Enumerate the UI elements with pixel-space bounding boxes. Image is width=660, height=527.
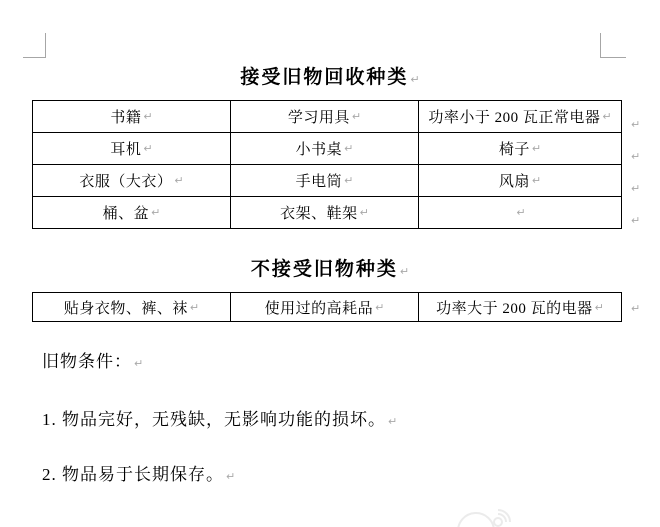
reject-title-text: 不接受旧物种类 (251, 259, 398, 280)
cell-end-mark: ↵ (344, 174, 353, 187)
cell-text: 使用过的高耗品 (265, 297, 374, 318)
table-row: 桶、盆↵ 衣架、鞋架↵ ↵ (33, 196, 621, 228)
condition-item-text: 2. 物品易于长期保存。 (42, 465, 224, 484)
row-end-mark: ↵ (631, 214, 651, 227)
paragraph-mark: ↵ (388, 415, 397, 428)
cell-text: 风扇 (499, 170, 530, 191)
cell-text: 贴身衣物、裤、袜 (64, 297, 188, 318)
table-cell: 书籍↵ (33, 101, 231, 132)
cell-end-mark: ↵ (602, 110, 611, 123)
table-cell: 衣服（大衣）↵ (33, 165, 231, 196)
reject-items-table: 贴身衣物、裤、袜↵ 使用过的高耗品↵ 功率大于 200 瓦的电器↵ ↵ (32, 292, 622, 322)
cell-end-mark: ↵ (532, 174, 541, 187)
table-row: 衣服（大衣）↵ 手电筒↵ 风扇↵ (33, 164, 621, 196)
condition-item-1: 1. 物品完好，无残缺，无影响功能的损坏。↵ (42, 409, 397, 433)
cell-end-mark: ↵ (143, 142, 152, 155)
accept-title-text: 接受旧物回收种类 (240, 67, 408, 88)
table-cell: 功率小于 200 瓦正常电器↵ (419, 101, 621, 132)
conditions-heading-text: 旧物条件： (42, 352, 132, 371)
cell-text: 手电筒 (296, 170, 343, 191)
table-cell: 小书桌↵ (231, 133, 419, 164)
table-row: 贴身衣物、裤、袜↵ 使用过的高耗品↵ 功率大于 200 瓦的电器↵ (33, 293, 621, 321)
cell-end-mark: ↵ (516, 206, 525, 219)
cell-end-mark: ↵ (151, 206, 160, 219)
cell-text: 桶、盆 (103, 202, 150, 223)
cell-text: 衣架、鞋架 (280, 202, 358, 223)
cell-end-mark: ↵ (532, 142, 541, 155)
table-row: 书籍↵ 学习用具↵ 功率小于 200 瓦正常电器↵ (33, 101, 621, 132)
paragraph-mark: ↵ (400, 265, 409, 278)
reject-section-title: 不接受旧物种类↵ (0, 258, 660, 284)
cell-text: 耳机 (110, 138, 141, 159)
cell-end-mark: ↵ (595, 301, 604, 314)
table-cell: 学习用具↵ (231, 101, 419, 132)
table-cell: 衣架、鞋架↵ (231, 197, 419, 228)
document-page: { "accept_section": { "title": "接受旧物回收种类… (0, 0, 660, 527)
cell-end-mark: ↵ (360, 206, 369, 219)
cell-end-mark: ↵ (143, 110, 152, 123)
row-end-mark: ↵ (631, 182, 651, 195)
row-end-mark: ↵ (631, 150, 651, 163)
cell-end-mark: ↵ (352, 110, 361, 123)
paragraph-mark: ↵ (134, 357, 143, 370)
cell-text: 功率小于 200 瓦正常电器 (428, 106, 600, 127)
row-end-mark: ↵ (631, 118, 651, 131)
accept-section-title: 接受旧物回收种类↵ (0, 66, 660, 92)
cell-text: 衣服（大衣） (79, 170, 172, 191)
table-cell: 功率大于 200 瓦的电器↵ (419, 293, 621, 321)
table-cell: 使用过的高耗品↵ (231, 293, 419, 321)
cell-end-mark: ↵ (344, 142, 353, 155)
watermark-icon (446, 498, 536, 527)
condition-item-2: 2. 物品易于长期保存。↵ (42, 464, 235, 488)
cell-end-mark: ↵ (375, 301, 384, 314)
paragraph-mark: ↵ (410, 73, 419, 86)
table-cell: 风扇↵ (419, 165, 621, 196)
margin-corner-mark-left (23, 33, 46, 58)
cell-end-mark: ↵ (174, 174, 183, 187)
cell-text: 小书桌 (296, 138, 343, 159)
conditions-heading: 旧物条件：↵ (42, 351, 143, 375)
cell-text: 功率大于 200 瓦的电器 (436, 297, 593, 318)
table-cell: 贴身衣物、裤、袜↵ (33, 293, 231, 321)
cell-text: 椅子 (499, 138, 530, 159)
cell-text: 学习用具 (288, 106, 350, 127)
table-cell: 桶、盆↵ (33, 197, 231, 228)
table-row: 耳机↵ 小书桌↵ 椅子↵ (33, 132, 621, 164)
accept-items-table: 书籍↵ 学习用具↵ 功率小于 200 瓦正常电器↵ 耳机↵ 小书桌↵ 椅子↵ 衣… (32, 100, 622, 229)
table-cell: 椅子↵ (419, 133, 621, 164)
table-cell: ↵ (419, 197, 621, 228)
condition-item-text: 1. 物品完好，无残缺，无影响功能的损坏。 (42, 410, 386, 429)
table-cell: 手电筒↵ (231, 165, 419, 196)
paragraph-mark: ↵ (226, 470, 235, 483)
margin-corner-mark-right (600, 33, 626, 58)
table-cell: 耳机↵ (33, 133, 231, 164)
row-end-mark: ↵ (631, 302, 651, 315)
cell-end-mark: ↵ (190, 301, 199, 314)
cell-text: 书籍 (110, 106, 141, 127)
